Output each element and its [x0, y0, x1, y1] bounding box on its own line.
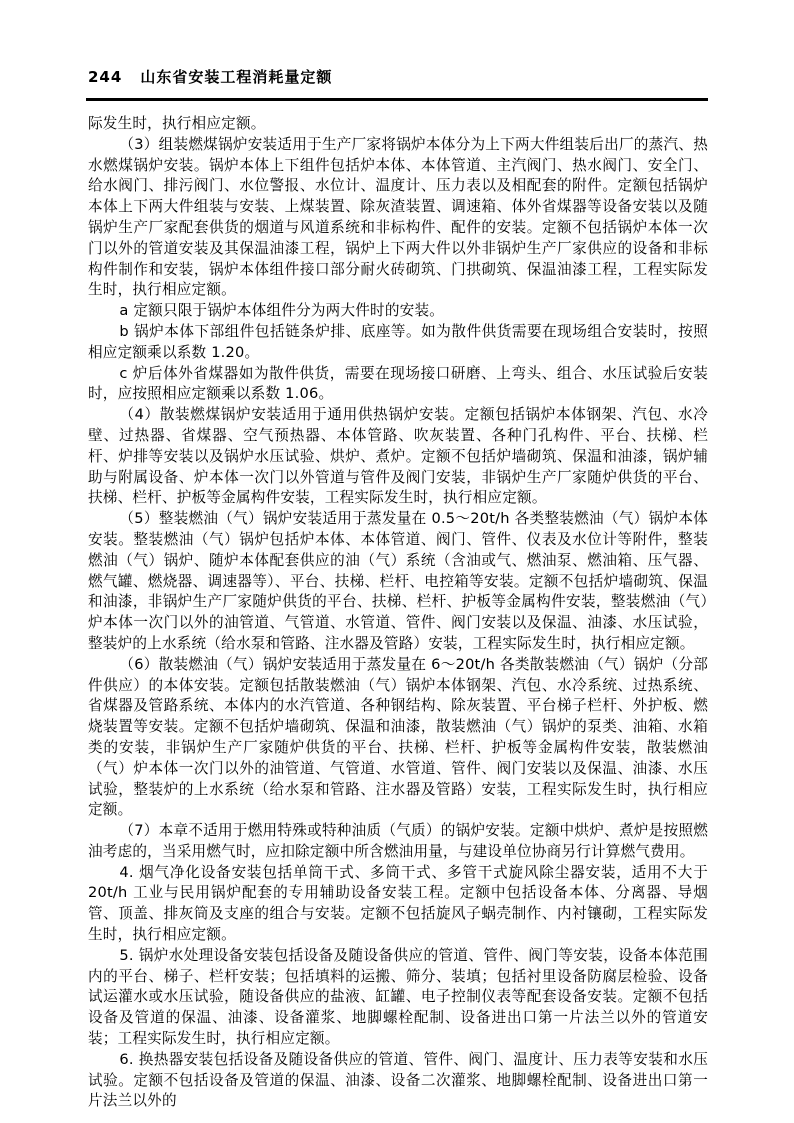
paragraph: 际发生时，执行相应定额。: [88, 114, 708, 135]
header-title: 山东省安装工程消耗量定额: [140, 66, 332, 87]
body-text: 际发生时，执行相应定额。（3）组装燃煤锅炉安装适用于生产厂家将锅炉本体分为上下两…: [88, 114, 708, 1112]
document-page: 244 山东省安装工程消耗量定额 际发生时，执行相应定额。（3）组装燃煤锅炉安装…: [0, 0, 794, 1123]
paragraph: （5）整装燃油（气）锅炉安装适用于蒸发量在 0.5～20t/h 各类整装燃油（气…: [88, 509, 708, 655]
paragraph: （4）散装燃煤锅炉安装适用于通用供热锅炉安装。定额包括锅炉本体钢架、汽包、水冷壁…: [88, 405, 708, 509]
header-rule: [86, 98, 708, 101]
paragraph: （3）组装燃煤锅炉安装适用于生产厂家将锅炉本体分为上下两大件组装后出厂的蒸汽、热…: [88, 135, 708, 301]
paragraph: （7）本章不适用于燃用特殊或特种油质（气质）的锅炉安装。定额中烘炉、煮炉是按照燃…: [88, 821, 708, 863]
paragraph: c 炉后体外省煤器如为散件供货，需要在现场接口研磨、上弯头、组合、水压试验后安装…: [88, 364, 708, 406]
paragraph: b 锅炉本体下部组件包括链条炉排、底座等。如为散件供货需要在现场组合安装时，按照…: [88, 322, 708, 364]
page-number: 244: [88, 68, 122, 86]
paragraph: 4. 烟气净化设备安装包括单筒干式、多筒干式、多管干式旋风除尘器安装，适用不大于…: [88, 863, 708, 946]
page-header: 244 山东省安装工程消耗量定额: [88, 66, 708, 87]
paragraph: a 定额只限于锅炉本体组件分为两大件时的安装。: [88, 301, 708, 322]
paragraph: 5. 锅炉水处理设备安装包括设备及随设备供应的管道、管件、阀门等安装，设备本体范…: [88, 946, 708, 1050]
paragraph: （6）散装燃油（气）锅炉安装适用于蒸发量在 6～20t/h 各类散装燃油（气）锅…: [88, 655, 708, 821]
paragraph: 6. 换热器安装包括设备及随设备供应的管道、管件、阀门、温度计、压力表等安装和水…: [88, 1050, 708, 1112]
